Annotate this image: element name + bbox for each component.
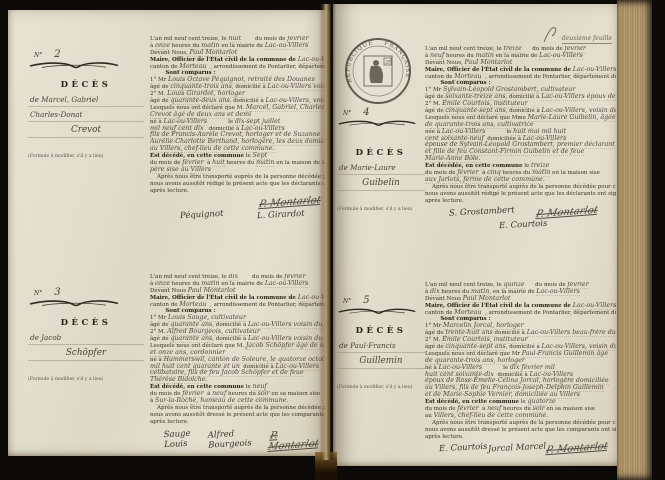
- handwritten-entry: Morteau: [454, 73, 481, 81]
- number-label: N°: [343, 110, 351, 117]
- deceased-name-line: de Marie-Laure: [337, 163, 425, 175]
- record-3-margin: N°3 DÉCÈS de JacobSchöpfer (Formule à mo…: [28, 276, 144, 382]
- printed-form-text: en la mairie de: [494, 53, 539, 59]
- handwritten-entry: Jacob Schöpfer âgé de soixante: [246, 342, 329, 350]
- printed-form-text: , arrondissement de Pontarlier, départem…: [482, 74, 616, 80]
- deceased-name-line: Guibelin: [337, 178, 425, 191]
- handwritten-entry: Lac-ou-Villers: [573, 302, 616, 310]
- printed-form-text: en la maison sise: [550, 170, 599, 176]
- signature-row: S. GrostambertP. Montarlot: [439, 207, 608, 218]
- printed-form-text: le: [523, 163, 532, 169]
- act-text-line: après lecture.: [150, 419, 329, 426]
- act-text-line: Est décédé, en cette commune le Sept: [150, 153, 329, 160]
- deceased-name-line: Guillemin: [337, 356, 425, 369]
- number-label: N°: [343, 298, 351, 305]
- register-scan: N°2 DÉCÈS de Marcel, GabrielCharles-Dona…: [0, 0, 665, 480]
- signature: E. Courtois: [499, 219, 548, 232]
- act-text-line: à dix heures du matin, en la mairie de L…: [425, 289, 616, 296]
- printed-form-text: après lecture.: [150, 419, 189, 425]
- handwritten-entry: Morteau: [454, 309, 481, 317]
- death-record-2: N°2 DÉCÈS de Marcel, GabrielCharles-Dona…: [8, 34, 330, 272]
- handwritten-entry: Sur-la-Roche, hameau de cette commune.: [155, 397, 288, 405]
- deceased-name-line: Charles-Donat: [28, 110, 144, 122]
- act-text-line: à onze heures du matin en la mairie de L…: [150, 281, 329, 288]
- printed-form-text: le: [244, 384, 253, 390]
- act-text: L'an mil neuf cent treize, le dix du moi…: [150, 274, 329, 426]
- printed-form-text: Devant Nous: [425, 296, 463, 302]
- handwritten-entry: neuf: [430, 52, 444, 60]
- signature: E. Courtois: [439, 442, 488, 456]
- signature-row: PéquignotL. Girardot: [164, 210, 321, 220]
- act-text-line: au Villers, chef-lieu de cette commune.: [425, 413, 616, 420]
- printed-form-text: Lesquels nous ont déclaré que M.: [150, 343, 246, 349]
- number-flourish: [28, 299, 120, 308]
- printed-form-text: Après nous être transporté auprès de la …: [425, 184, 616, 190]
- record-number: N°3: [34, 280, 144, 299]
- act-text-line: Après nous être transporté auprès de la …: [150, 405, 329, 412]
- printed-form-text: en la maison de: [274, 160, 321, 166]
- act-text-line: L'an mil neuf cent treize, le quinze du …: [425, 282, 616, 289]
- deceased-name: de Marie-LaureGuibelin: [337, 163, 425, 191]
- signature-row: E. Courtois: [439, 220, 608, 230]
- handwritten-entry: Paul-Francis Guillemin âgé: [522, 350, 608, 358]
- bookmark-ribbon: [315, 452, 337, 480]
- printed-form-text: heures du: [170, 43, 201, 49]
- act-text-line: nous avons aussitôt rédigé le présent ac…: [425, 191, 616, 198]
- printed-form-text: le: [244, 153, 253, 159]
- record-4-body: L'an mil neuf cent treize, le treize du …: [425, 46, 616, 232]
- number-flourish: [337, 119, 417, 128]
- act-text-line: Après nous être transporté auprès de la …: [150, 174, 329, 181]
- handwritten-entry: son: [322, 159, 329, 167]
- handwritten-entry: Morteau: [179, 63, 206, 71]
- printed-form-text: après lecture.: [150, 188, 189, 194]
- handwritten-entry: Lac-ou-Villers voisin du défunt: [268, 83, 329, 91]
- signatures: E. CourtoisJorcal MarcelP. Montarlot: [425, 443, 616, 454]
- printed-form-text: Lesquels nous ont déclaré que Mr: [425, 351, 522, 357]
- printed-form-text: après lecture.: [425, 434, 464, 440]
- handwritten-entry: Lac-ou-Villers: [298, 56, 329, 64]
- printed-form-text: 1° Mr: [425, 323, 443, 329]
- handwritten-entry: aux Jarlots, ferme de cette commune.: [425, 176, 545, 184]
- printed-form-text: , arrondissement de Pontarlier, départem…: [207, 64, 329, 70]
- printed-form-text: canton de: [150, 302, 179, 308]
- printed-form-text: Devant Nous: [150, 288, 188, 294]
- signature-row: P. Montarlot: [164, 197, 321, 208]
- printed-form-text: Maire, Officier de l'État civil de la co…: [150, 57, 298, 63]
- printed-form-text: 2° M.: [150, 329, 167, 335]
- register-right-page: deuxième feuille RÉPUBLIQUE FRANÇAISE 2f…: [333, 4, 618, 466]
- record-number: N°5: [343, 288, 425, 307]
- printed-form-text: le: [519, 399, 528, 405]
- printed-form-text: âgé de: [425, 344, 445, 350]
- printed-form-text: heures du: [170, 281, 201, 287]
- printed-form-text: né à: [150, 357, 164, 363]
- number-value: 4: [363, 107, 369, 118]
- printed-form-text: âgé de: [150, 336, 170, 342]
- pencil-note-text: deuxième feuille: [562, 35, 612, 44]
- signature-row: E. CourtoisJorcal MarcelP. Montarlot: [439, 443, 608, 454]
- printed-form-text: , arrondissement de Pontarlier, départem…: [207, 302, 329, 308]
- printed-form-text: nous avons aussitôt rédigé le présent ac…: [425, 191, 616, 197]
- signature: Péquignot: [180, 209, 224, 221]
- handwritten-entry: Lac-ou-Villers voisin du défunt: [248, 321, 329, 329]
- printed-form-text: canton de: [425, 310, 454, 316]
- death-record-5: N°5 DÉCÈS de Paul-FrancisGuillemin (Form…: [333, 280, 618, 464]
- handwritten-entry: onze: [155, 42, 170, 50]
- number-value: 2: [54, 49, 60, 60]
- act-text-line: nous avons aussitôt rédigé le présent ac…: [150, 181, 329, 188]
- act-text-line: Maire, Officier de l'État civil de la co…: [150, 57, 329, 64]
- handwritten-entry: Lac-ou-Villers: [265, 42, 309, 50]
- deceased-name-line: Crevot: [28, 125, 144, 138]
- act-text-line: canton de Morteau , arrondissement de Po…: [425, 74, 616, 81]
- printed-form-text: Devant Nous,: [150, 50, 190, 56]
- act-text-line: à Sur-la-Roche, hameau de cette commune.: [150, 398, 329, 405]
- formule-note: (Formule à modifier, s'il y a lieu): [28, 377, 144, 382]
- printed-form-text: 2° M.: [425, 337, 442, 343]
- printed-form-text: Maire, Officier de l'État civil de la co…: [425, 67, 573, 73]
- printed-form-text: nous avons aussitôt rédigé le présent ac…: [150, 181, 329, 187]
- record-2-body: L'an mil neuf cent treize, le huit du mo…: [150, 36, 329, 222]
- deceased-name: de JacobSchöpfer: [28, 333, 144, 361]
- printed-form-text: né à: [425, 365, 439, 371]
- record-5-margin: N°5 DÉCÈS de Paul-FrancisGuillemin (Form…: [337, 284, 425, 390]
- act-text-line: à neuf heures du matin en la mairie de L…: [425, 53, 616, 60]
- record-2-margin: N°2 DÉCÈS de Marcel, GabrielCharles-Dona…: [28, 38, 144, 159]
- deces-heading: DÉCÈS: [337, 148, 425, 158]
- printed-form-text: au: [425, 413, 434, 419]
- act-text-line: à onze heures du matin en la mairie de L…: [150, 43, 329, 50]
- signature: L. Girardot: [257, 209, 305, 221]
- printed-form-text: canton de: [425, 74, 454, 80]
- act-text: L'an mil neuf cent treize, le huit du mo…: [150, 36, 329, 194]
- printed-form-text: le: [207, 119, 235, 125]
- handwritten-entry: Paul Montarlot: [463, 295, 511, 303]
- handwritten-entry: cinquante-sept ans: [445, 107, 505, 115]
- signatures: P. MontarlotPéquignotL. Girardot: [150, 197, 329, 220]
- deceased-name-line: de Marcel, Gabriel: [28, 95, 144, 107]
- printed-form-text: , domicilié à: [212, 336, 248, 342]
- printed-form-text: canton de: [150, 64, 179, 70]
- handwritten-entry: Morteau: [179, 301, 206, 309]
- printed-form-text: 1° Mr: [150, 77, 168, 83]
- handwritten-entry: onze: [155, 280, 170, 288]
- handwritten-entry: Villers, chef-lieu de cette commune.: [434, 412, 549, 420]
- handwritten-entry: Lac-ou-Villers: [536, 288, 580, 296]
- republique-francaise-stamp-icon: RÉPUBLIQUE FRANÇAISE 2f: [343, 36, 413, 106]
- handwritten-entry: dix: [430, 288, 440, 296]
- act-text: L'an mil neuf cent treize, le quinze du …: [425, 282, 616, 440]
- printed-form-text: nous avons aussitôt dressé le présent ac…: [425, 427, 616, 433]
- printed-form-text: Lesquels nous ont déclaré que M.: [150, 105, 246, 111]
- handwritten-entry: Marcel, Gabriel, Charles, Donat: [246, 104, 329, 112]
- deceased-name: de Marcel, GabrielCharles-DonatCrevot: [28, 95, 144, 138]
- printed-form-text: heures du: [444, 53, 475, 59]
- printed-form-text: 1° Mr: [150, 315, 168, 321]
- printed-form-text: heures du: [440, 289, 471, 295]
- act-text-line: après lecture.: [425, 434, 616, 441]
- printed-form-text: Après nous être transporté auprès de la …: [150, 405, 329, 411]
- printed-form-text: après lecture.: [425, 198, 464, 204]
- number-flourish: [337, 307, 417, 316]
- register-left-page: N°2 DÉCÈS de Marcel, GabrielCharles-Dona…: [8, 10, 330, 456]
- handwritten-entry: matin: [256, 159, 274, 167]
- stamp-figure: [370, 66, 384, 83]
- printed-form-text: Maire, Officier de l'État civil de la co…: [150, 295, 298, 301]
- deceased-name-line: Schöpfer: [28, 348, 144, 361]
- formule-note: (Formule à modifier, s'il y a lieu): [28, 154, 144, 159]
- printed-form-text: en la mairie de: [220, 281, 265, 287]
- act-text-line: père sise au Villers: [150, 167, 329, 174]
- signatures: Sauge LouisAlfred BourgeoisP. Montarlot: [150, 429, 329, 451]
- handwritten-entry: Marie-Laure Guibelin, âgée: [528, 114, 616, 122]
- act-text-line: Maire, Officier de l'État civil de la co…: [150, 295, 329, 302]
- handwritten-entry: huit: [212, 159, 225, 167]
- handwritten-entry: Lac-ou-Villers: [539, 52, 583, 60]
- handwritten-entry: quarante ans: [170, 335, 212, 343]
- page-edge-stack: [617, 0, 652, 480]
- signature: Jorcal Marcel: [487, 442, 546, 456]
- printed-form-text: en la mairie de: [220, 43, 265, 49]
- act-text-line: canton de Morteau , arrondissement de Po…: [150, 64, 329, 71]
- handwritten-entry: Lac-ou-Villers: [298, 294, 329, 302]
- act-text-line: aux Jarlots, ferme de cette commune.: [425, 177, 616, 184]
- act-text-line: canton de Morteau , arrondissement de Po…: [150, 302, 329, 309]
- signatures: S. GrostambertP. MontarlotE. Courtois: [425, 207, 616, 230]
- signature: P. Montarlot: [267, 427, 323, 453]
- record-number: N°2: [34, 42, 144, 61]
- printed-form-text: nous avons aussitôt dressé le présent ac…: [150, 412, 329, 418]
- act-text-line: après lecture.: [150, 188, 329, 195]
- handwritten-entry: Paul Montarlot: [190, 49, 238, 57]
- formule-note: (Formule à modifier, s'il y a lieu): [337, 207, 425, 212]
- act-text-line: Est décédée, en cette commune le treize: [425, 163, 616, 170]
- handwritten-entry: Lac-ou-Villers époux de la défunte,: [541, 93, 616, 101]
- act-text-line: nous avons aussitôt dressé le présent ac…: [150, 412, 329, 419]
- signature: Alfred Bourgeois: [208, 427, 270, 452]
- number-flourish: [28, 61, 120, 70]
- printed-form-text: heures du: [225, 160, 256, 166]
- printed-form-text: âgé de: [425, 108, 445, 114]
- handwritten-entry: Lac-ou-Villers: [573, 66, 616, 74]
- act-text-line: L'an mil neuf cent treize, le treize du …: [425, 46, 616, 53]
- printed-form-text: Lesquels nous ont déclaré que Mme: [425, 115, 528, 121]
- printed-form-text: Maire, Officier de l'État civil de la co…: [425, 303, 573, 309]
- printed-form-text: 1° Mr: [425, 87, 443, 93]
- act-text-line: Après nous être transporté auprès de la …: [425, 420, 616, 427]
- record-3-body: L'an mil neuf cent treize, le dix du moi…: [150, 274, 329, 453]
- act-text-line: après lecture.: [425, 198, 616, 205]
- signature: P. Montarlot: [258, 195, 322, 210]
- deceased-name-line: de Paul-Francis: [337, 341, 425, 353]
- number-value: 5: [363, 295, 369, 306]
- handwritten-entry: Lac-ou-Villers beau-frère du défunt ;: [527, 329, 616, 337]
- signature-row: Sauge LouisAlfred BourgeoisP. Montarlot: [164, 429, 321, 451]
- printed-form-text: en sa maison sise: [545, 406, 595, 412]
- act-text-line: canton de Morteau , arrondissement de Po…: [425, 310, 616, 317]
- number-label: N°: [34, 52, 42, 59]
- record-5-body: L'an mil neuf cent treize, le quinze du …: [425, 282, 616, 456]
- deceased-name-line: de Jacob: [28, 333, 144, 345]
- deces-heading: DÉCÈS: [337, 326, 425, 336]
- printed-form-text: né à: [150, 119, 164, 125]
- pencil-flourish-icon: [540, 24, 562, 44]
- printed-form-text: , arrondissement de Pontarlier, départem…: [482, 310, 616, 316]
- printed-form-text: 2° M.: [150, 91, 167, 97]
- deces-heading: DÉCÈS: [28, 80, 144, 90]
- handwritten-entry: quarante-deux ans: [170, 97, 229, 105]
- handwritten-entry: Lac-ou-Villers: [265, 280, 309, 288]
- number-label: N°: [34, 290, 42, 297]
- printed-form-text: 2° M.: [425, 101, 442, 107]
- number-value: 3: [54, 287, 60, 298]
- printed-form-text: , en la mairie de: [489, 289, 536, 295]
- death-record-3: N°3 DÉCÈS de JacobSchöpfer (Formule à mo…: [8, 272, 330, 454]
- printed-form-text: le: [485, 129, 513, 135]
- signature: P. Montarlot: [545, 441, 609, 456]
- act-text: L'an mil neuf cent treize, le treize du …: [425, 46, 616, 204]
- signature: S. Grostambert: [449, 206, 515, 220]
- act-text-line: nous avons aussitôt dressé le présent ac…: [425, 427, 616, 434]
- act-text-line: Après nous être transporté auprès de la …: [425, 184, 616, 191]
- handwritten-entry: cinquante-sept ans: [445, 343, 505, 351]
- printed-form-text: le: [482, 365, 510, 371]
- formule-note: (Formule à modifier, s'il y a lieu): [337, 385, 425, 390]
- printed-form-text: Après nous être transporté auprès de la …: [425, 420, 616, 426]
- act-text-line: Est décédé, en cette commune le quatorze: [425, 399, 616, 406]
- printed-form-text: née à: [425, 129, 442, 135]
- handwritten-entry: Paul Montarlot: [188, 287, 236, 295]
- signature: Sauge Louis: [163, 427, 208, 451]
- handwritten-entry: Paul Montarlot: [465, 59, 513, 67]
- printed-form-text: Après nous être transporté auprès de la …: [150, 174, 329, 180]
- deces-heading: DÉCÈS: [28, 318, 144, 328]
- handwritten-entry: père sise au Villers: [150, 166, 211, 174]
- printed-form-text: âgé de: [150, 98, 170, 104]
- deceased-name: de Paul-FrancisGuillemin: [337, 341, 425, 369]
- printed-form-text: Devant Nous,: [425, 60, 465, 66]
- pencil-note: deuxième feuille: [540, 24, 612, 44]
